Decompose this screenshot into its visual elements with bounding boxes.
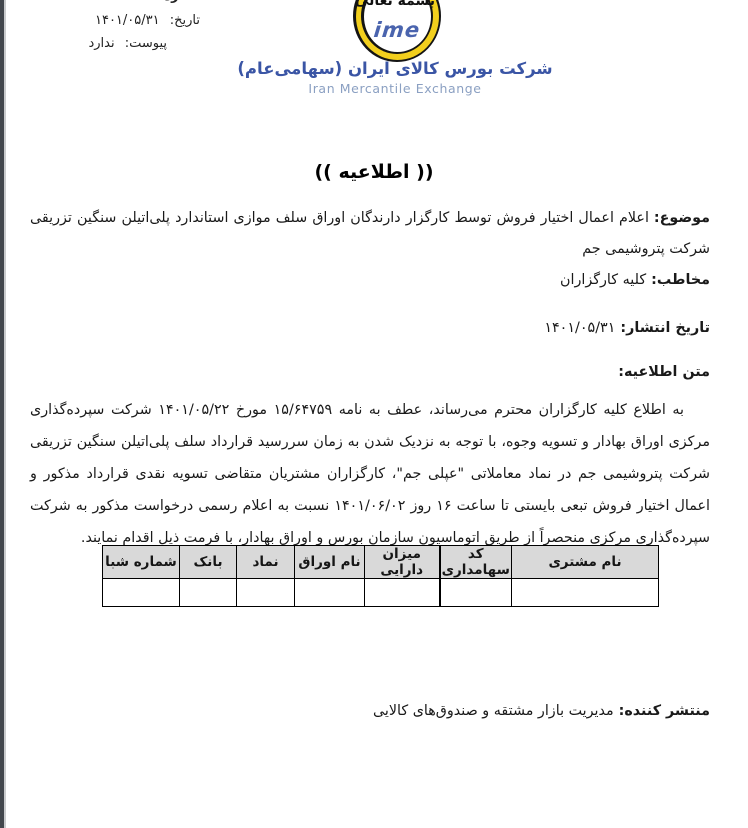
cell-customer-name [512, 579, 659, 607]
company-name-en: Iran Mercantile Exchange [150, 81, 640, 96]
letter-attachment-line: پیوست: ندارد [88, 36, 167, 51]
publisher-text: مدیریت بازار مشتقه و صندوق‌های کالایی [373, 703, 614, 719]
letter-date-label: تاریخ: [170, 13, 200, 28]
announcement-title: (( اطلاعیه )) [0, 161, 748, 183]
bismillah-text: بسمه تعالی [300, 0, 490, 9]
publish-date-value: ۱۴۰۱/۰۵/۳۱ [544, 320, 615, 336]
letter-number-label: شماره: [158, 0, 205, 4]
body-label: متن اطلاعیه: [30, 357, 710, 388]
subject-label: موضوع: [654, 210, 710, 226]
publish-date-label: تاریخ انتشار: [620, 320, 710, 336]
announcement-content: موضوع:اعلام اعمال اختیار فروش توسط کارگز… [30, 203, 710, 554]
col-asset-amount: میزان دارایی [365, 546, 440, 579]
letter-attachment-label: پیوست: [125, 36, 167, 51]
body-paragraph: به اطلاع کلیه کارگزاران محترم می‌رساند، … [30, 394, 710, 554]
publisher-line: منتشر کننده:مدیریت بازار مشتقه و صندوق‌ه… [373, 703, 710, 719]
page-left-edge-light [4, 0, 6, 828]
col-bank: بانک [180, 546, 237, 579]
audience-line: مخاطب:کلیه کارگزاران [30, 265, 710, 296]
publish-date-line: تاریخ انتشار:۱۴۰۱/۰۵/۳۱ [30, 313, 710, 344]
audience-text: کلیه کارگزاران [560, 272, 646, 288]
col-shareholder-code: کد سهامداری [440, 546, 512, 579]
audience-label: مخاطب: [651, 272, 710, 288]
table-empty-row [103, 579, 659, 607]
cell-shareholder-code [440, 579, 512, 607]
cell-symbol [237, 579, 295, 607]
ime-logo-icon: ime [353, 0, 441, 62]
document-page: شماره: تاریخ: ۱۴۰۱/۰۵/۳۱ پیوست: ندارد بس… [0, 0, 748, 828]
cell-securities-name [295, 579, 365, 607]
subject-text: اعلام اعمال اختیار فروش توسط کارگزار دار… [30, 210, 710, 257]
col-symbol: نماد [237, 546, 295, 579]
letter-date-value: ۱۴۰۱/۰۵/۳۱ [95, 13, 160, 28]
letter-number-line: شماره: [158, 0, 205, 4]
table-header-row: نام مشتری کد سهامداری میزان دارایی نام ا… [103, 546, 659, 579]
col-customer-name: نام مشتری [512, 546, 659, 579]
ime-monogram: ime [352, 20, 442, 41]
request-format-table: نام مشتری کد سهامداری میزان دارایی نام ا… [102, 545, 659, 607]
subject-line: موضوع:اعلام اعمال اختیار فروش توسط کارگز… [30, 203, 710, 265]
company-name-fa: شرکت بورس کالای ایران (سهامی‌عام) [150, 59, 640, 78]
letter-date-line: تاریخ: ۱۴۰۱/۰۵/۳۱ [95, 13, 200, 28]
cell-asset-amount [365, 579, 440, 607]
cell-sheba-number [103, 579, 180, 607]
col-sheba-number: شماره شبا [103, 546, 180, 579]
letter-attachment-value: ندارد [88, 36, 114, 51]
cell-bank [180, 579, 237, 607]
col-securities-name: نام اوراق [295, 546, 365, 579]
publisher-label: منتشر کننده: [619, 703, 710, 719]
